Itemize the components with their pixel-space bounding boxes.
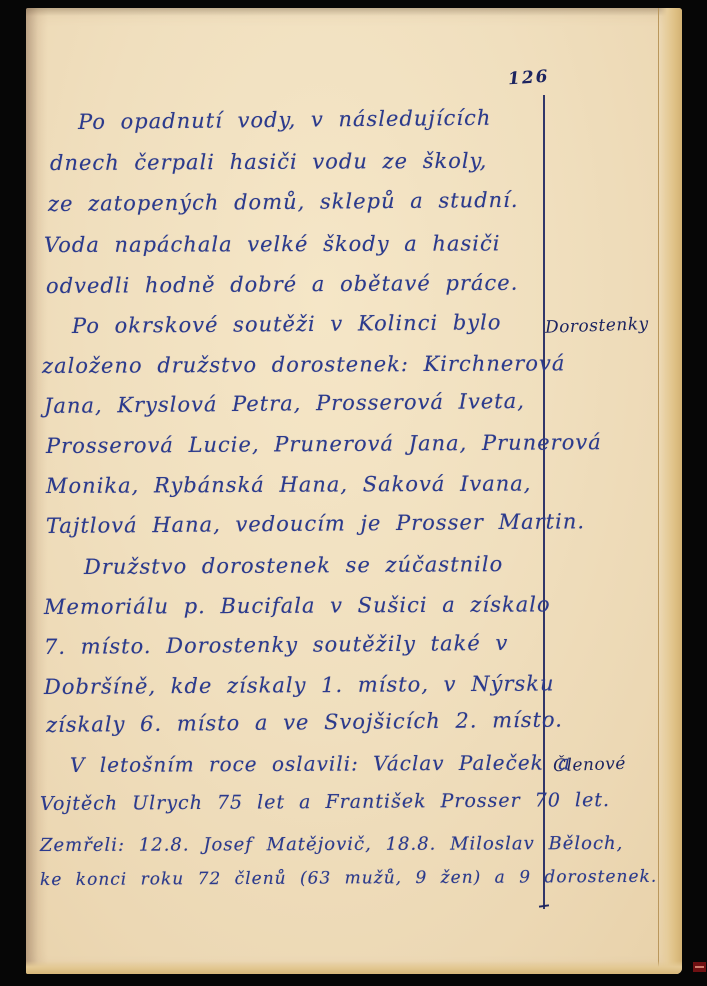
handwritten-line: Po opadnutí vody, v následujících <box>78 106 492 134</box>
handwritten-line: ke konci roku 72 členů (63 mužů, 9 žen) … <box>40 867 657 890</box>
page-number: 126 <box>507 67 550 90</box>
page-stack-edge-right <box>658 8 682 974</box>
handwritten-line: Zemřeli: 12.8. Josef Matějovič, 18.8. Mi… <box>40 833 623 856</box>
scanned-chronicle-page: 126 Dorostenky Členové Po opadnutí vody,… <box>0 0 707 986</box>
handwritten-line: Tajtlová Hana, vedoucím je Prosser Marti… <box>46 509 585 538</box>
handwritten-line: založeno družstvo dorostenek: Kirchnerov… <box>42 351 565 378</box>
handwritten-line: Monika, Rybánská Hana, Saková Ivana, <box>46 471 532 498</box>
margin-rule-line <box>543 95 545 909</box>
handwritten-line: V letošním roce oslavili: Václav Paleček… <box>70 750 571 777</box>
handwritten-line: dnech čerpali hasiči vodu ze školy, <box>50 149 487 175</box>
handwritten-line: ze zatopených domů, sklepů a studní. <box>48 188 519 216</box>
handwritten-line: Memoriálu p. Bucifala v Sušici a získalo <box>44 592 551 619</box>
handwritten-line: Voda napáchala velké škody a hasiči <box>44 231 501 257</box>
red-corner-mark-icon <box>693 962 706 972</box>
handwritten-line: Prosserová Lucie, Prunerová Jana, Pruner… <box>46 430 602 458</box>
handwritten-line: odvedli hodně dobré a obětavé práce. <box>46 271 518 298</box>
page-top-shadow <box>26 8 682 16</box>
page-stack-edge-bottom <box>26 961 682 974</box>
binding-gutter-shadow <box>26 8 48 974</box>
margin-note-dorostenky: Dorostenky <box>545 314 649 338</box>
handwritten-line: Dobršíně, kde získaly 1. místo, v Nýrsku <box>44 671 555 699</box>
red-corner-mark-inner <box>695 966 704 968</box>
handwritten-line: Družstvo dorostenek se zúčastnilo <box>84 552 503 579</box>
handwritten-line: 7. místo. Dorostenky soutěžily také v <box>44 631 508 659</box>
paper-page: 126 Dorostenky Členové Po opadnutí vody,… <box>26 8 682 974</box>
handwritten-line: získaly 6. místo a ve Svojšicích 2. míst… <box>46 708 563 737</box>
handwritten-line: Jana, Kryslová Petra, Prosserová Iveta, <box>44 389 525 418</box>
handwritten-line: Vojtěch Ulrych 75 let a František Prosse… <box>40 789 610 815</box>
handwritten-line: Po okrskové soutěži v Kolinci bylo <box>72 310 502 338</box>
